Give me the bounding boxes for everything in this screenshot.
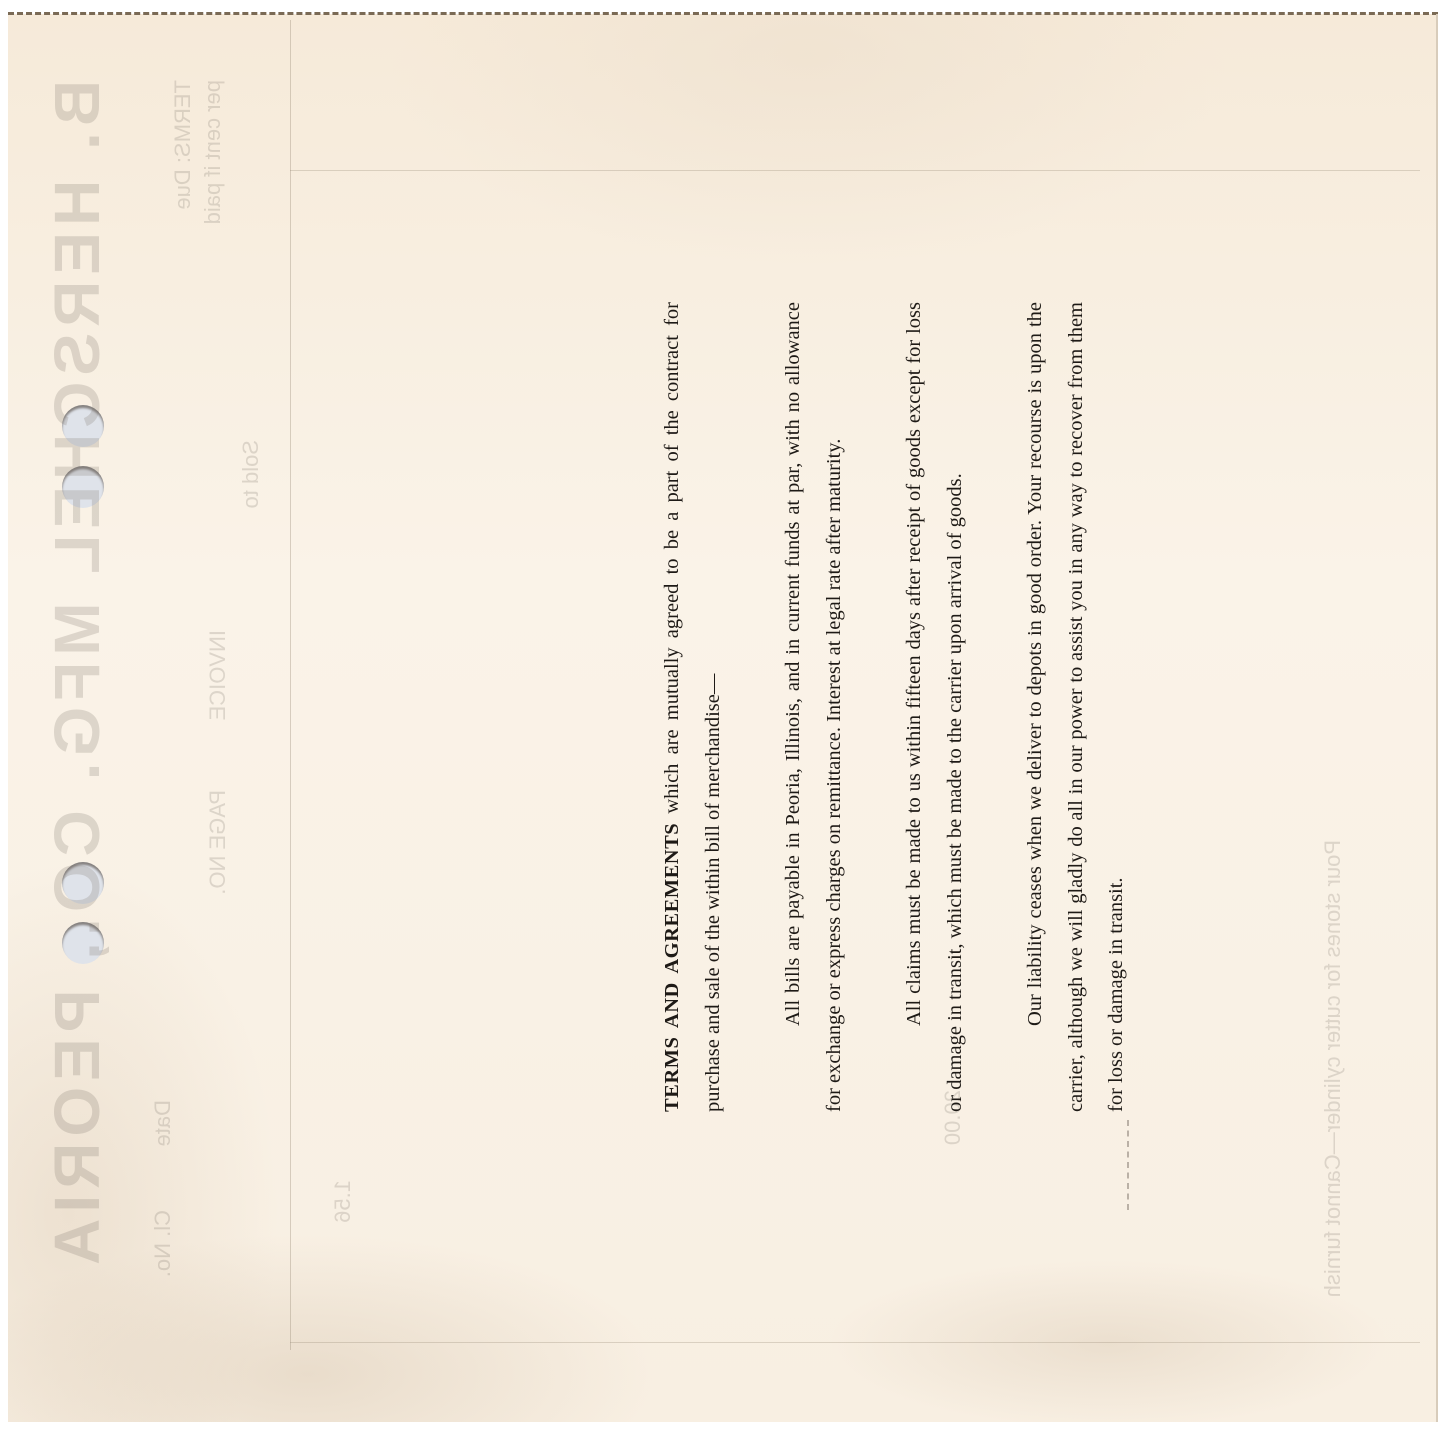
terms-heading: TERMS AND AGREEMENTS (661, 823, 683, 1112)
bleed-amount: 1.56 (330, 1180, 356, 1223)
bleed-date-label: Date (150, 1100, 176, 1146)
terms-paragraph-liability: Our liability ceases when we deliver to … (1015, 302, 1137, 1112)
bleed-terms-label: TERMS: Due (170, 80, 196, 210)
bleed-note: Pour stones for cutter cylinder—Cannot f… (1320, 840, 1346, 1297)
bleed-sold-to-label: Sold to (238, 440, 264, 509)
terms-paragraph-payment: All bills are payable in Peoria, Illinoi… (773, 302, 854, 1112)
bleed-order-label: Cl. No. (150, 1210, 176, 1277)
bleed-terms-detail: per cent if paid (200, 80, 226, 224)
dashed-mark (1127, 1120, 1129, 1210)
terms-paragraph-claims: All claims must be made to us within fif… (894, 302, 975, 1112)
bleed-company-name: B. HERSCHEL MFG. CO., PEORIA (40, 80, 114, 1271)
header-rule (290, 170, 1420, 171)
perforated-edge (8, 12, 1438, 15)
column-rule (290, 20, 291, 1350)
terms-and-agreements: TERMS AND AGREEMENTS which are mutually … (652, 302, 1137, 1112)
footer-rule (290, 1342, 1420, 1343)
paper-right-edge (1436, 14, 1438, 1422)
terms-paragraph-intro: TERMS AND AGREEMENTS which are mutually … (652, 302, 733, 1112)
bleed-invoice-label: INVOICE (205, 630, 231, 720)
bleed-page-label: PAGE NO. (205, 790, 231, 895)
